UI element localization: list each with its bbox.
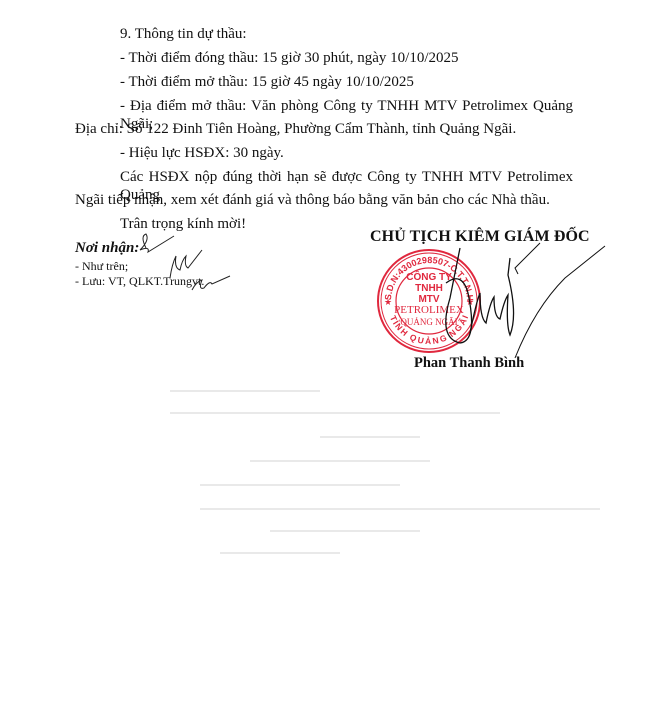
closing-time: - Thời điểm đóng thầu: 15 giờ 30 phút, n… — [120, 49, 458, 67]
section-heading: 9. Thông tin dự thầu: — [120, 25, 247, 43]
initials-signature-icon — [130, 228, 250, 298]
signatory-name: Phan Thanh Bình — [414, 355, 524, 372]
handwritten-signature-icon — [420, 238, 610, 363]
paragraph-line2: Ngãi tiếp nhận, xem xét đánh giá và thôn… — [75, 191, 550, 209]
opening-place-line2: Địa chỉ: Số 122 Đinh Tiên Hoàng, Phường … — [75, 120, 516, 138]
recipient-item: - Như trên; — [75, 259, 128, 273]
validity: - Hiệu lực HSĐX: 30 ngày. — [120, 144, 284, 162]
opening-time: - Thời điểm mở thầu: 15 giờ 45 ngày 10/1… — [120, 73, 414, 91]
